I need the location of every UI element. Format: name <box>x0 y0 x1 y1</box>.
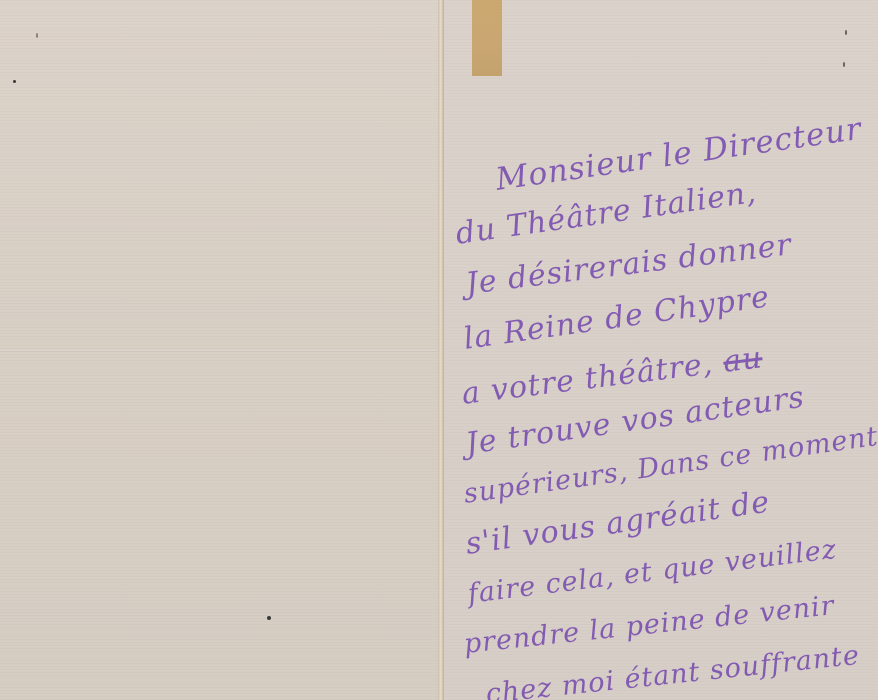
pin-hole <box>843 62 845 67</box>
ink-speck <box>13 80 16 83</box>
pin-hole <box>36 33 38 38</box>
pin-hole <box>845 30 847 35</box>
horizontal-fold-crease <box>0 350 438 352</box>
adhesive-tape-strip <box>472 0 502 76</box>
ink-speck <box>267 616 271 620</box>
struck-word: au <box>721 340 764 380</box>
